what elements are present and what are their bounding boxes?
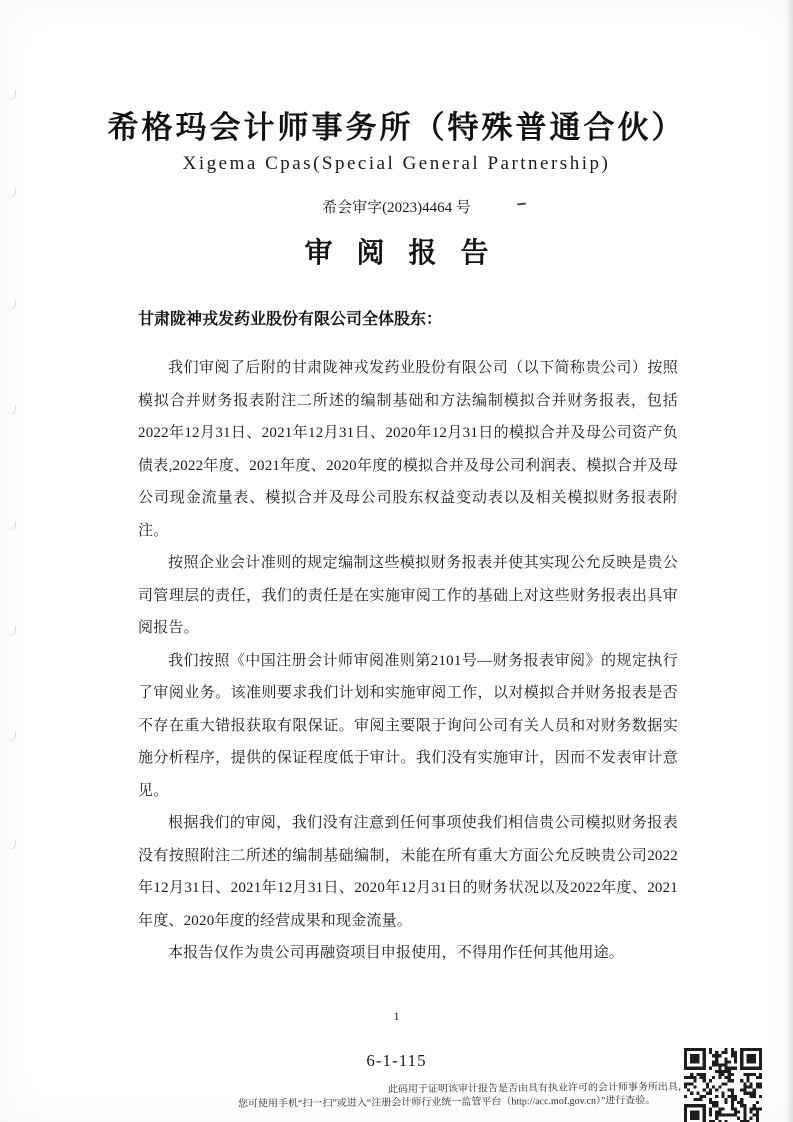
document-code: 6-1-115 bbox=[0, 1051, 793, 1071]
scan-artifact bbox=[7, 297, 18, 311]
scan-artifact bbox=[7, 87, 18, 101]
report-body: 我们审阅了后附的甘肃陇神戎发药业股份有限公司（以下简称贵公司）按照模拟合并财务报… bbox=[138, 352, 678, 970]
body-paragraph-conclusion: 根据我们的审阅，我们没有注意到任何事项使我们相信贵公司模拟财务报表没有按照附注二… bbox=[138, 807, 678, 937]
body-paragraph-scope: 我们审阅了后附的甘肃陇神戎发药业股份有限公司（以下简称贵公司）按照模拟合并财务报… bbox=[138, 352, 678, 547]
verification-footnote-line2: 您可使用手机“扫一扫”或进入“注册会计师行业统一监管平台（http://acc.… bbox=[238, 1091, 655, 1110]
scan-artifact bbox=[7, 518, 18, 532]
scan-artifact bbox=[7, 728, 18, 742]
page-number: 1 bbox=[0, 1009, 793, 1024]
scan-artifact bbox=[7, 402, 18, 416]
scan-artifact bbox=[7, 837, 18, 851]
body-paragraph-standards: 我们按照《中国注册会计师审阅准则第2101号—财务报表审阅》的规定执行了审阅业务… bbox=[138, 645, 678, 808]
body-paragraph-responsibility: 按照企业会计准则的规定编制这些模拟财务报表并使其实现公允反映是贵公司管理层的责任… bbox=[138, 547, 678, 645]
report-title: 审阅报告 bbox=[0, 231, 793, 271]
report-page: 希格玛会计师事务所（特殊普通合伙） Xigema Cpas(Special Ge… bbox=[0, 0, 793, 1122]
addressee-line: 甘肃陇神戎发药业股份有限公司全体股东： bbox=[138, 306, 442, 329]
reference-number: 希会审字(2023)4464 号 bbox=[0, 196, 793, 217]
verification-qr-code bbox=[684, 1048, 762, 1122]
scan-artifact bbox=[7, 623, 18, 637]
firm-name-english: Xigema Cpas(Special General Partnership) bbox=[0, 153, 793, 175]
firm-name-chinese: 希格玛会计师事务所（特殊普通合伙） bbox=[0, 102, 793, 147]
body-paragraph-usage-restriction: 本报告仅作为贵公司再融资项目申报使用，不得用作任何其他用途。 bbox=[138, 937, 678, 970]
